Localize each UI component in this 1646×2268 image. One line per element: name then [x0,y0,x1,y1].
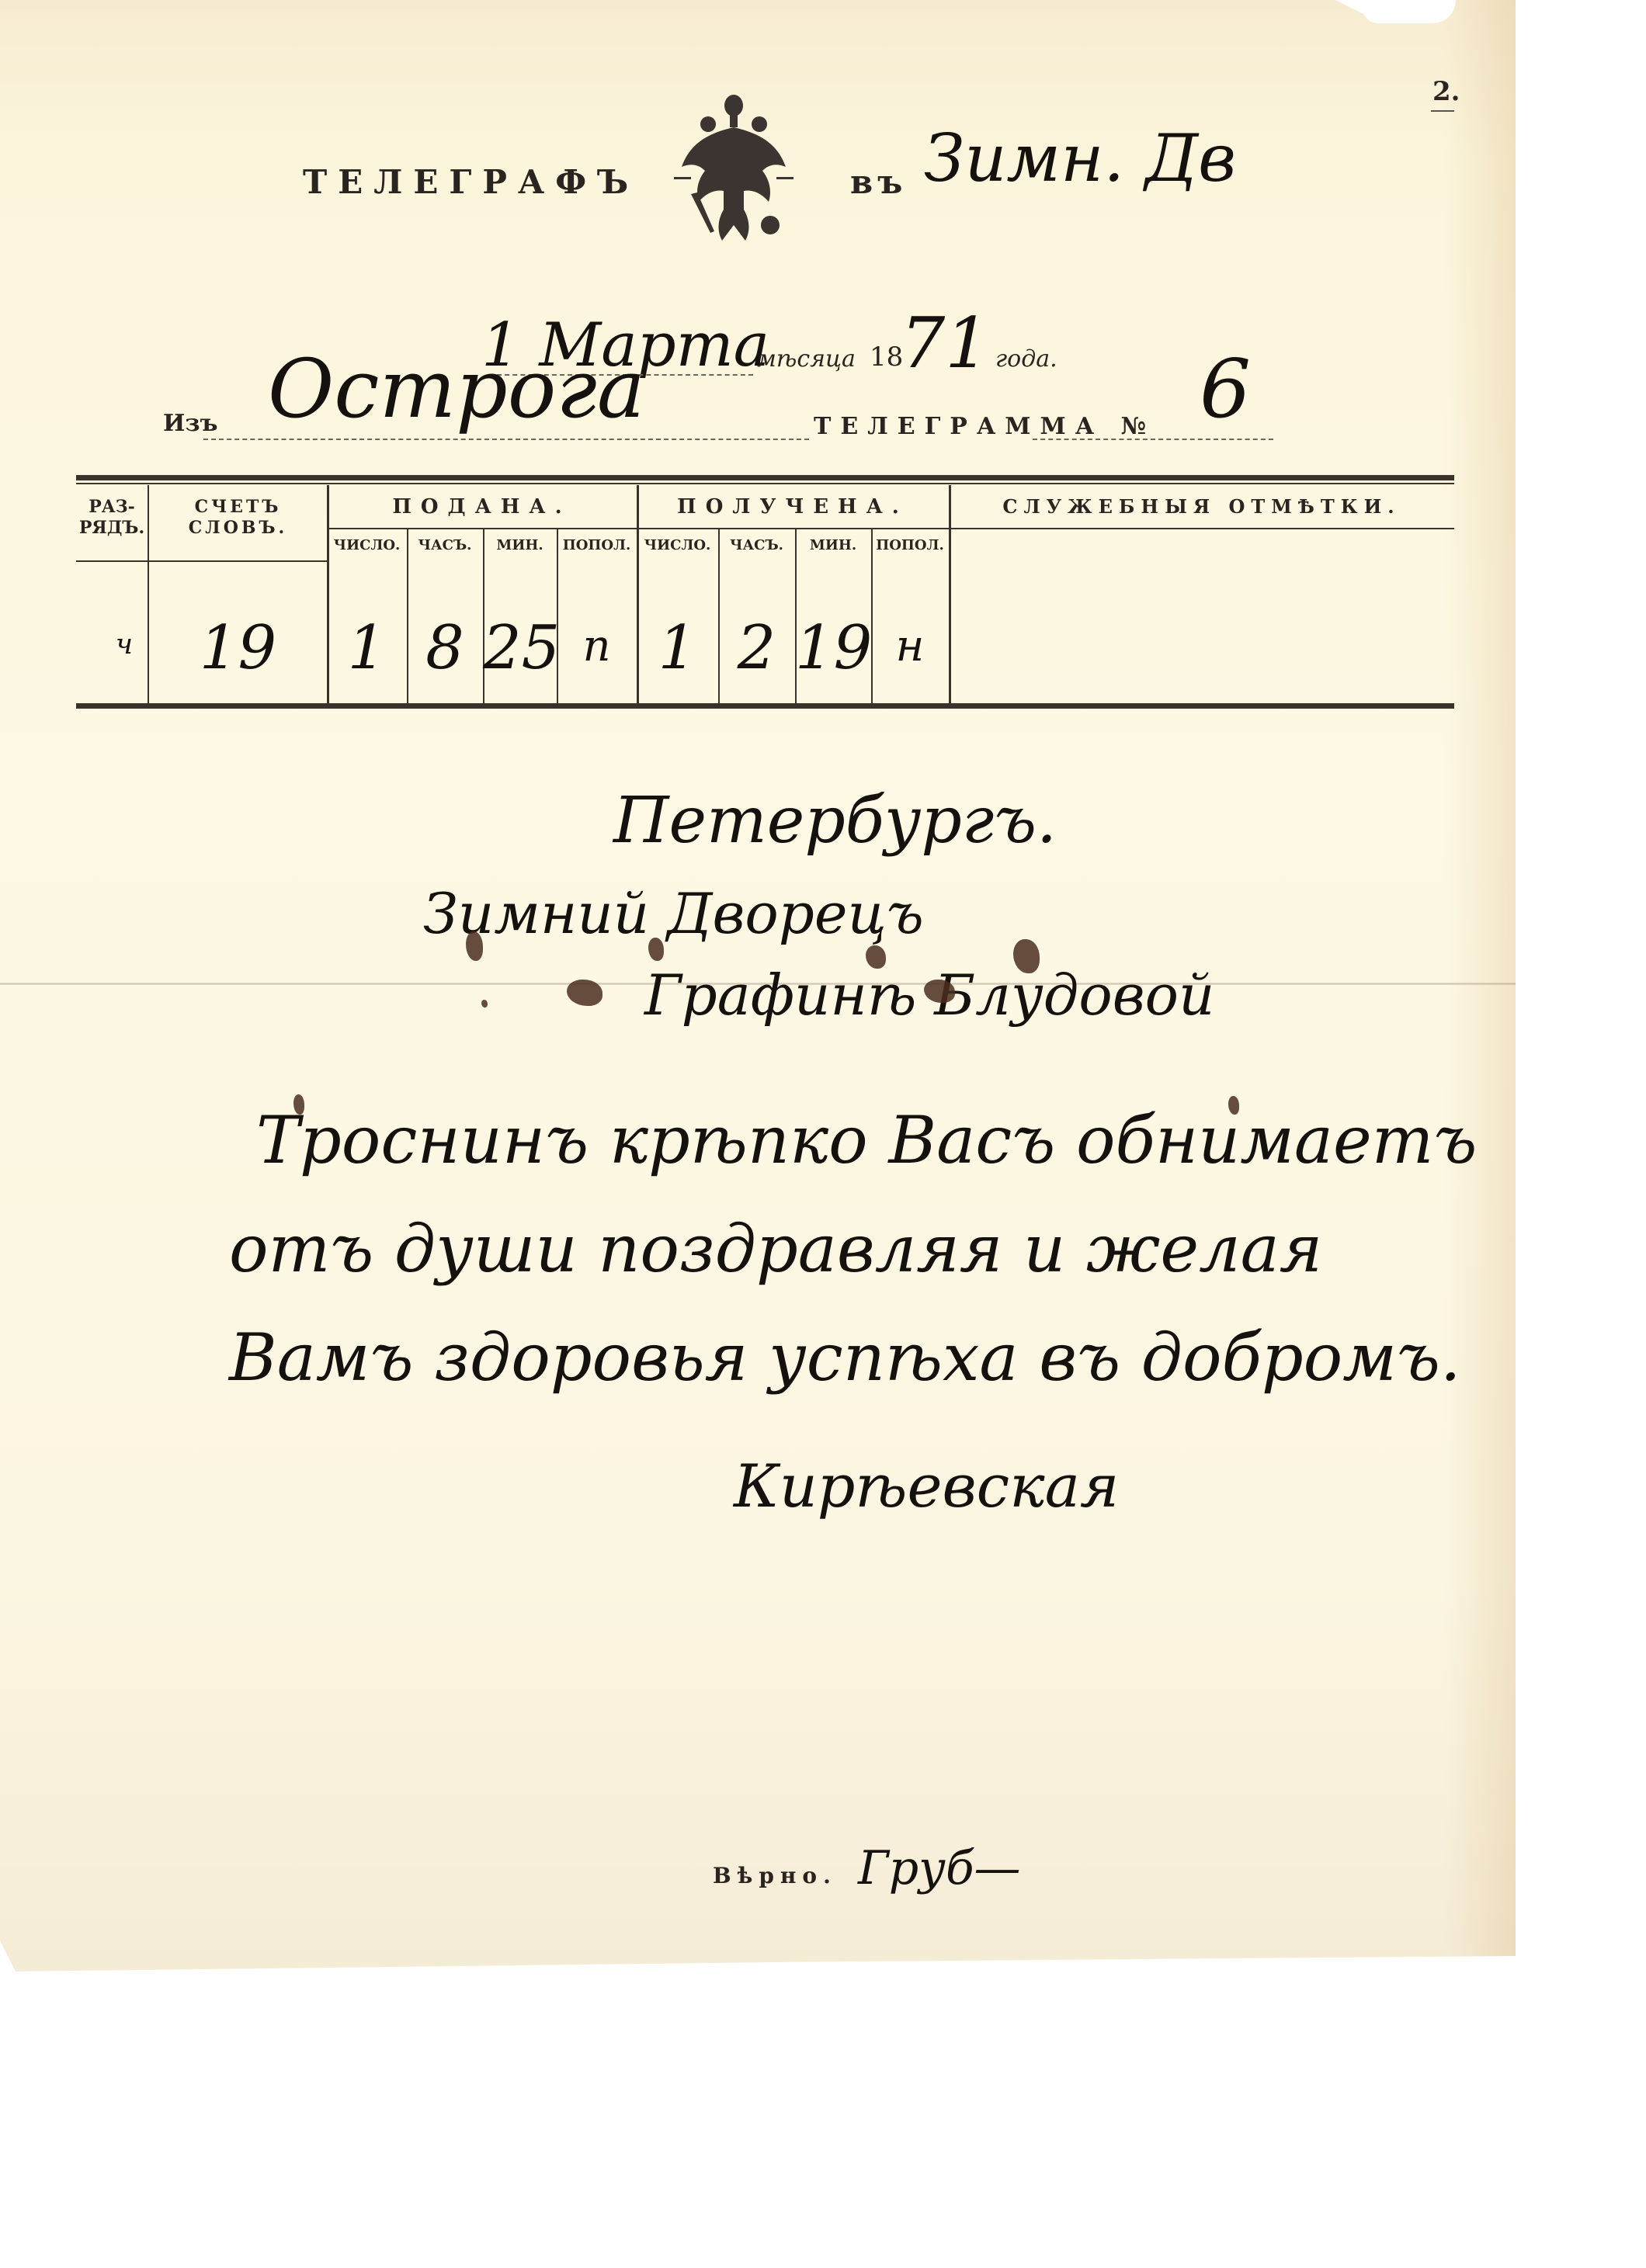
telegram-number-underline [1033,439,1273,440]
table-bottom-rule [76,703,1454,709]
printed-title: ТЕЛЕГРАФЪ [303,163,639,201]
subheader-submitted-day: ЧИСЛО. [327,537,407,553]
table-top-rule [76,475,1454,480]
verifier-signature: Груб— [858,1841,1021,1895]
subheader-submitted-hour: ЧАСЪ. [407,537,483,553]
header-submitted: ПОДАНА. [327,495,637,518]
address-city: Петербургъ. [613,784,1057,858]
month-label: мѣсяца [757,345,856,373]
subheader-submitted-period: ПОПОЛ. [557,537,637,553]
header-category: РАЗ- РЯДЪ. [76,497,148,539]
subheader-submitted-min: МИН. [483,537,557,553]
ink-stain [466,931,483,961]
cell-received-day: 1 [637,613,718,683]
cell-submitted-hour: 8 [407,613,483,683]
table-top-rule-inner [76,483,1454,484]
cell-word-count: 19 [149,613,327,683]
ink-stain [567,980,602,1006]
address-building: Зимний Дворецъ [423,881,924,946]
double-headed-eagle-icon [668,93,800,248]
handwritten-year: 71 [901,303,990,384]
cell-submitted-min: 25 [483,613,557,683]
header-received: ПОЛУЧЕНА. [637,495,949,518]
subheader-received-period: ПОПОЛ. [871,537,949,553]
subheader-received-min: МИН. [795,537,871,553]
ink-stain [648,938,664,961]
printed-to-label: въ [850,163,907,201]
handwritten-destination: Зимн. Дв [924,120,1236,196]
origin-underline [203,439,809,440]
subheader-received-day: ЧИСЛО. [637,537,718,553]
cell-submitted-day: 1 [327,613,407,683]
year-label: года. [995,345,1057,373]
cell-received-period: н [871,621,949,671]
left-header-rule [76,560,327,562]
year-prefix: 18 [870,342,903,373]
page-number-underline [1431,110,1454,112]
cell-received-min: 19 [795,613,871,683]
message-line-3: Вамъ здоровья успѣха въ добромъ. [229,1320,1461,1396]
torn-corner [1363,0,1456,23]
subheader-received-hour: ЧАСЪ. [718,537,795,553]
handwritten-origin: Острога [268,342,645,436]
header-service-notes: СЛУЖЕБНЫЯ ОТМѢТКИ. [949,495,1454,518]
notes-header-rule [949,528,1454,529]
verified-label: Вѣрно. [713,1863,837,1888]
ink-stain [866,945,886,969]
message-line-1: Троснинъ крѣпко Васъ обнимаетъ [256,1102,1477,1178]
handwritten-telegram-number: 6 [1200,342,1251,436]
cell-submitted-period: п [557,621,637,671]
page-number: 2. [1432,76,1460,107]
cell-category: ч [101,629,148,661]
from-label: Изъ [163,410,218,437]
sender-signature: Кирѣевская [734,1451,1119,1521]
ink-stain [481,1000,488,1007]
header-word-count: СЧЕТЪ СЛОВЪ. [149,497,327,539]
col-divider [949,485,951,704]
telegram-paper: 2. ТЕЛЕГРАФЪ въ Зимн. Дв 1 Марта мѣсяца … [0,0,1516,1971]
telegram-number-label: ТЕЛЕГРАММА № [814,413,1155,440]
cell-received-hour: 2 [718,613,795,683]
message-line-2: отъ души поздравляя и желая [229,1211,1322,1287]
